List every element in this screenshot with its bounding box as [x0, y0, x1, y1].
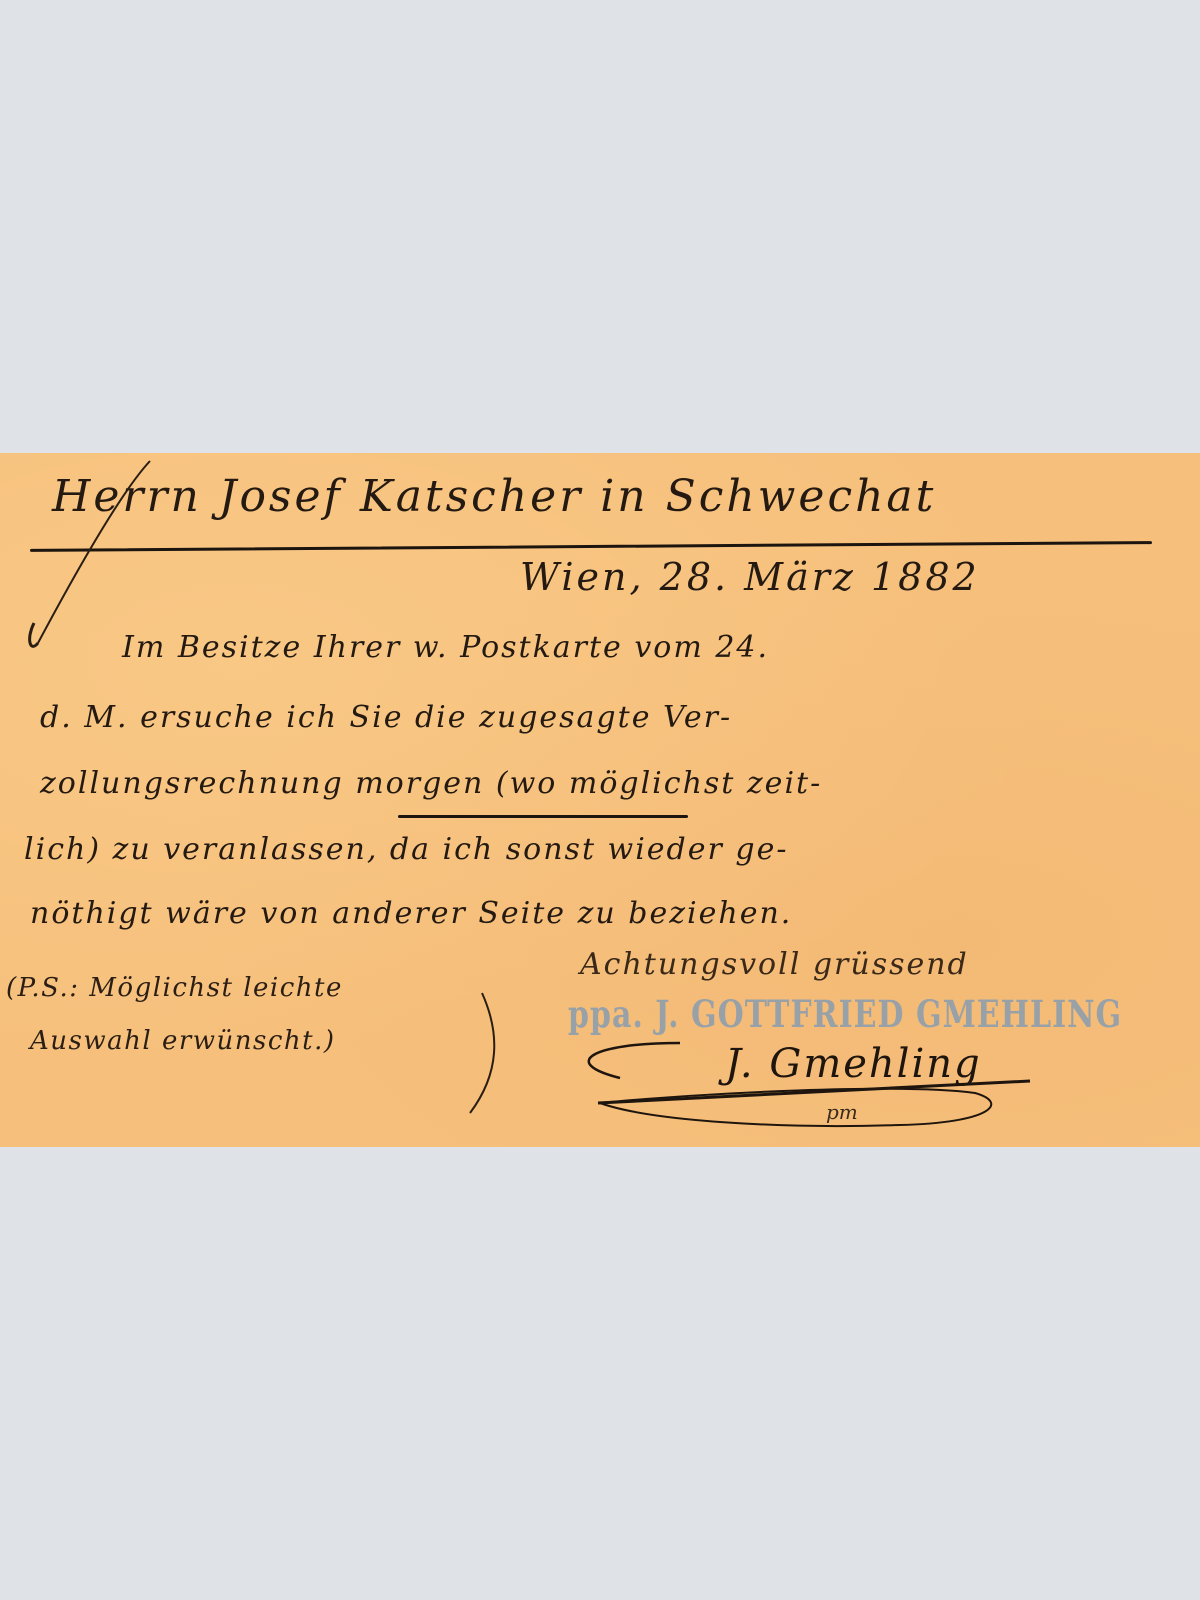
body-line-3: zollungsrechnung morgen (wo möglichst ze… — [40, 769, 822, 799]
body-line-4: lich) zu veranlassen, da ich sonst wiede… — [24, 835, 789, 865]
postscript-line-1: (P.S.: Möglichst leichte — [6, 975, 343, 1001]
postcard: Herrn Josef Katscher in Schwechat Wien, … — [0, 453, 1200, 1147]
body-line-1: Im Besitze Ihrer w. Postkarte vom 24. — [122, 633, 769, 663]
body-line-2: d. M. ersuche ich Sie die zugesagte Ver- — [40, 703, 732, 733]
company-stamp: ppa. J. GOTTFRIED GMEHLING — [568, 993, 1122, 1037]
closing-phrase: Achtungsvoll grüssend — [580, 950, 969, 980]
signature: J. Gmehling — [725, 1041, 982, 1087]
dateline: Wien, 28. März 1882 — [520, 558, 980, 596]
body-line-5: nöthigt wäre von anderer Seite zu bezieh… — [30, 899, 792, 929]
signature-initials: pm — [826, 1100, 858, 1124]
morgen-underline — [398, 815, 688, 818]
postscript-line-2: Auswahl erwünscht.) — [30, 1028, 336, 1054]
